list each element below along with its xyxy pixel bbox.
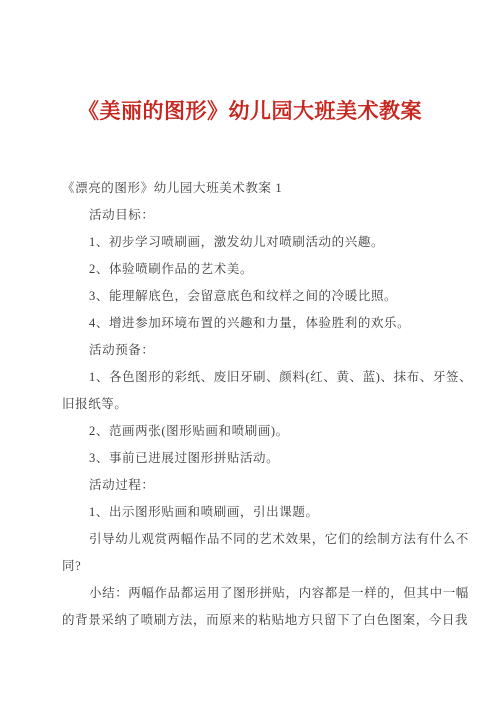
text-line: 3、事前已进展过图形拼贴活动。 [62, 445, 440, 472]
text-line: 活动目标： [62, 202, 440, 229]
text-line: 同? [62, 553, 440, 580]
text-line: 1、出示图形贴画和喷刷画，引出课题。 [62, 499, 440, 526]
text-line: 《漂亮的图形》幼儿园大班美术教案 1 [62, 175, 440, 202]
document-page: 《美丽的图形》幼儿园大班美术教案 《漂亮的图形》幼儿园大班美术教案 1活动目标：… [0, 0, 500, 707]
text-line: 小结：两幅作品都运用了图形拼贴，内容都是一样的，但其中一幅 [62, 580, 440, 607]
document-body: 《漂亮的图形》幼儿园大班美术教案 1活动目标：1、初步学习喷刷画，激发幼儿对喷刷… [62, 175, 440, 634]
text-line: 引导幼儿观赏两幅作品不同的艺术效果，它们的绘制方法有什么不 [62, 526, 440, 553]
text-line: 的背景采纳了喷刷方法，而原来的粘贴地方只留下了白色图案，今日我 [62, 607, 440, 634]
text-line: 旧报纸等。 [62, 391, 440, 418]
text-line: 3、能理解底色，会留意底色和纹样之间的冷暖比照。 [62, 283, 440, 310]
text-line: 4、增进参加环境布置的兴趣和力量，体验胜利的欢乐。 [62, 310, 440, 337]
text-line: 活动过程： [62, 472, 440, 499]
text-line: 2、体验喷刷作品的艺术美。 [62, 256, 440, 283]
text-line: 2、范画两张(图形贴画和喷刷画)。 [62, 418, 440, 445]
document-title: 《美丽的图形》幼儿园大班美术教案 [0, 0, 500, 125]
text-line: 活动预备： [62, 337, 440, 364]
text-line: 1、初步学习喷刷画，激发幼儿对喷刷活动的兴趣。 [62, 229, 440, 256]
text-line: 1、各色图形的彩纸、废旧牙刷、颜料(红、黄、蓝)、抹布、牙签、 [62, 364, 440, 391]
